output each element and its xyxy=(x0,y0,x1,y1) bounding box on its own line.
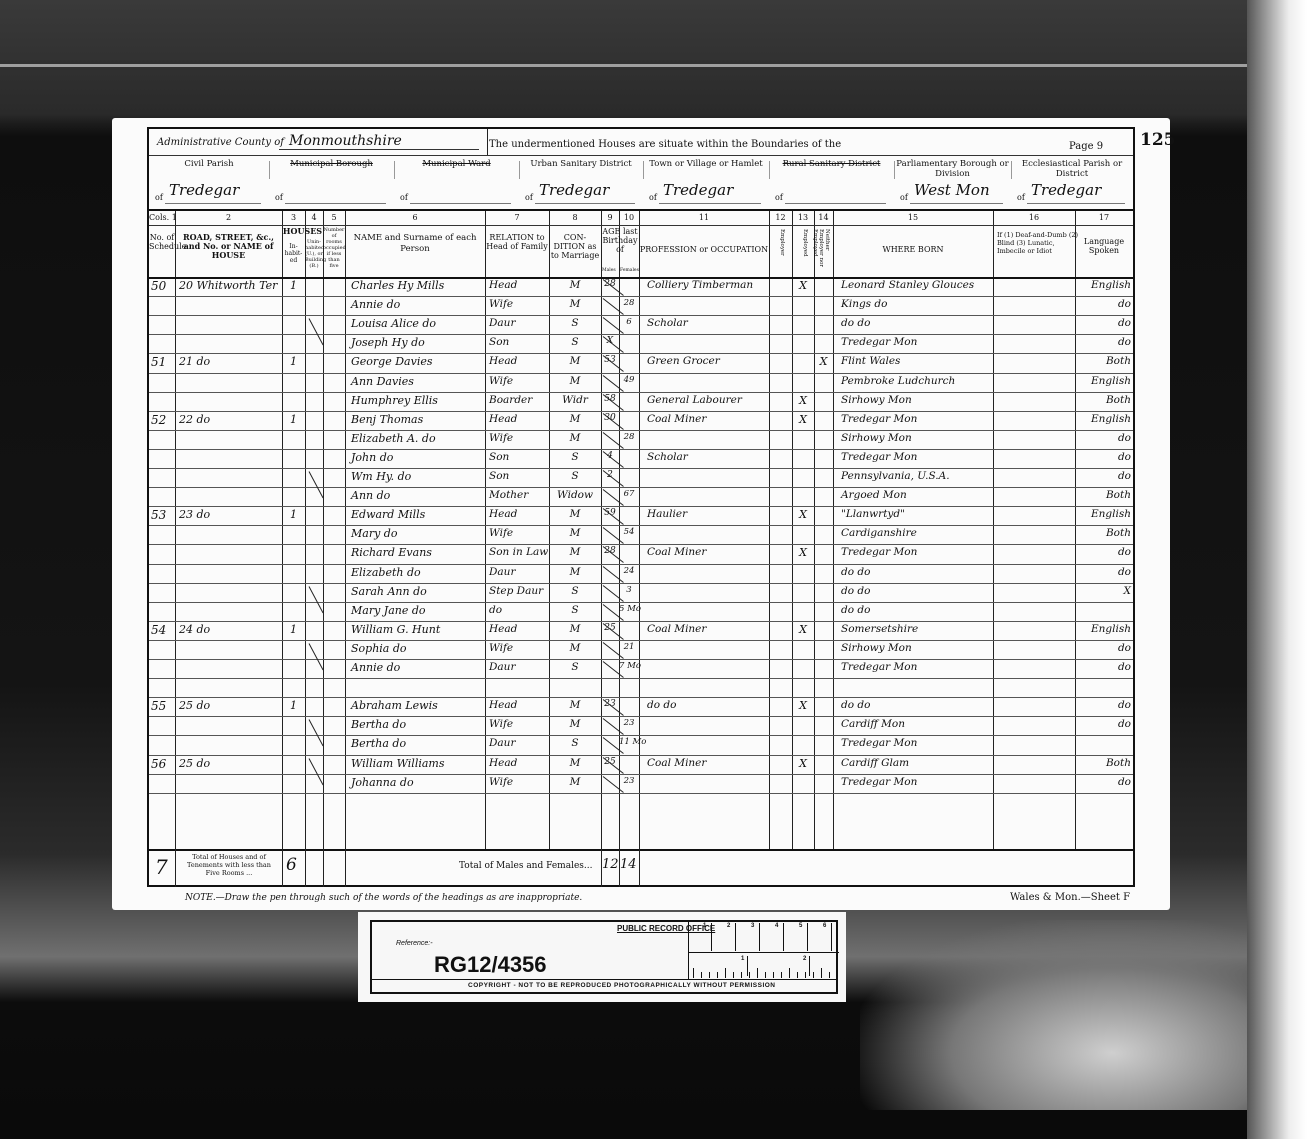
cell-language: do xyxy=(1075,432,1131,444)
cell-name: Charles Hy Mills xyxy=(351,279,485,292)
scan-glare xyxy=(860,920,1280,1110)
scale-cm-mark: 5 xyxy=(799,923,808,951)
cell-name: Richard Evans xyxy=(351,546,485,559)
cell-occupation: Colliery Timberman xyxy=(647,279,769,291)
cell-language: do xyxy=(1075,776,1131,788)
cell-name: Humphrey Ellis xyxy=(351,394,485,407)
column-number-0: Cols. 1 xyxy=(149,213,175,222)
cell-where-born: Sirhowy Mon xyxy=(841,642,993,654)
admin-underline xyxy=(279,149,479,150)
column-rule-11 xyxy=(792,211,793,849)
header-infirmity: If (1) Deaf-and-Dumb (2) Blind (3) Lunat… xyxy=(993,231,1079,255)
cell-condition: M xyxy=(549,699,601,711)
district-sep-3 xyxy=(519,161,520,179)
column-rule-0 xyxy=(175,211,176,849)
header-inhabited: In-habit-ed xyxy=(282,243,305,264)
header-neither: Neither Employer nor Employed xyxy=(812,229,830,273)
cell-relation: Head xyxy=(489,508,549,520)
cell-where-born: Leonard Stanley Glouces xyxy=(841,279,993,291)
district-label-5: Rural Sanitary District xyxy=(769,159,894,169)
cell-condition: S xyxy=(549,470,601,482)
row-rule xyxy=(149,755,1133,756)
cell-language: English xyxy=(1075,279,1131,291)
scale-tick xyxy=(821,968,822,978)
cell-language: English xyxy=(1075,413,1131,425)
cell-name: Elizabeth A. do xyxy=(351,432,485,445)
reference-code: RG12/4356 xyxy=(434,952,547,978)
cell-female-age: 24 xyxy=(619,566,639,576)
column-number-2: 3 xyxy=(282,213,305,222)
totals-column-rule-3 xyxy=(323,849,324,887)
reference-label: Reference:- xyxy=(396,940,433,947)
cell-condition: M xyxy=(549,508,601,520)
cell-relation: Wife xyxy=(489,527,549,539)
scale-tick xyxy=(757,968,758,978)
cell-relation: Daur xyxy=(489,737,549,749)
cell-name: Johanna do xyxy=(351,776,485,789)
cell-relation: Step Daur xyxy=(489,585,549,597)
cell-condition: M xyxy=(549,279,601,291)
copyright-notice: COPYRIGHT - NOT TO BE REPRODUCED PHOTOGR… xyxy=(468,982,776,989)
row-rule xyxy=(149,430,1133,431)
cell-condition: M xyxy=(549,623,601,635)
header-name: NAME and Surname of each Person xyxy=(345,233,485,255)
cell-condition: M xyxy=(549,432,601,444)
cell-schedule: 54 xyxy=(151,623,175,637)
cell-employed: X xyxy=(792,546,814,559)
district-sep-4 xyxy=(643,161,644,179)
cell-relation: Son in Law xyxy=(489,546,549,558)
column-number-7: 8 xyxy=(549,213,601,222)
totals-column-rule-7 xyxy=(639,849,640,887)
district-label-1: Municipal Borough xyxy=(269,159,394,169)
row-rule xyxy=(149,373,1133,374)
district-label-6: Parliamentary Borough or Division xyxy=(894,159,1011,179)
cell-name: George Davies xyxy=(351,355,485,368)
header-employed: Employed xyxy=(802,229,808,273)
column-rule-5 xyxy=(485,211,486,849)
footer-note: NOTE.—Draw the pen through such of the w… xyxy=(185,893,582,903)
cell-name: Mary Jane do xyxy=(351,604,485,617)
scan-edge xyxy=(1247,0,1307,1139)
cell-female-age: 28 xyxy=(619,432,639,442)
scale-tick xyxy=(765,972,766,978)
column-number-15: 16 xyxy=(993,213,1075,222)
cell-language: English xyxy=(1075,375,1131,387)
of-label-5: of xyxy=(775,193,783,202)
column-rule-1 xyxy=(282,211,283,849)
of-label-7: of xyxy=(1017,193,1025,202)
cell-where-born: Flint Wales xyxy=(841,355,993,367)
scale-cm-mark: 4 xyxy=(775,923,784,951)
column-rule-3 xyxy=(323,211,324,849)
cell-occupation: Scholar xyxy=(647,317,769,329)
scan-streak xyxy=(0,64,1307,67)
scale-tick xyxy=(693,968,694,978)
cell-relation: Son xyxy=(489,470,549,482)
cell-condition: M xyxy=(549,718,601,730)
sheet-label: Wales & Mon.—Sheet F xyxy=(1010,892,1130,903)
cell-employed: X xyxy=(792,413,814,426)
row-rule xyxy=(149,564,1133,565)
column-number-5: 6 xyxy=(345,213,485,222)
cell-name: Elizabeth do xyxy=(351,566,485,579)
row-rule xyxy=(149,793,1133,794)
cell-condition: M xyxy=(549,527,601,539)
cell-language: do xyxy=(1075,642,1131,654)
cell-female-age: 6 xyxy=(619,317,639,327)
column-rule-9 xyxy=(639,211,640,849)
cell-relation: Head xyxy=(489,623,549,635)
cell-condition: M xyxy=(549,355,601,367)
cell-relation: Head xyxy=(489,699,549,711)
cell-occupation: Coal Miner xyxy=(647,757,769,769)
cell-relation: Daur xyxy=(489,317,549,329)
column-rule-10 xyxy=(769,211,770,849)
cell-name: Edward Mills xyxy=(351,508,485,521)
cell-language: do xyxy=(1075,470,1131,482)
cell-female-age: 11 Mo xyxy=(619,737,639,747)
cell-language: do xyxy=(1075,699,1131,711)
cell-occupation: General Labourer xyxy=(647,394,769,406)
column-number-9: 10 xyxy=(619,213,639,222)
scale-cm-mark: 6 xyxy=(823,923,832,951)
row-rule xyxy=(149,411,1133,412)
totals-column-rule-6 xyxy=(619,849,620,887)
cell-where-born: Tredegar Mon xyxy=(841,451,993,463)
cell-inhabited: 1 xyxy=(282,699,305,712)
cell-name: Ann Davies xyxy=(351,375,485,388)
header-language: Language Spoken xyxy=(1075,237,1133,255)
measure-scale: 12345612 xyxy=(688,922,839,979)
row-rule xyxy=(149,735,1133,736)
cell-where-born: Kings do xyxy=(841,298,993,310)
cell-language: do xyxy=(1075,336,1131,348)
row-rule xyxy=(149,468,1133,469)
column-number-10: 11 xyxy=(639,213,769,222)
cell-relation: Wife xyxy=(489,432,549,444)
cell-condition: S xyxy=(549,661,601,673)
cell-condition: M xyxy=(549,546,601,558)
cell-condition: S xyxy=(549,336,601,348)
cell-condition: M xyxy=(549,642,601,654)
cell-name: Wm Hy. do xyxy=(351,470,485,483)
scale-tick xyxy=(741,972,742,978)
cell-relation: Mother xyxy=(489,489,549,501)
cell-female-age: 23 xyxy=(619,776,639,786)
header-rule-2 xyxy=(149,209,1133,211)
totals-column-rule-1 xyxy=(282,849,283,887)
row-rule xyxy=(149,506,1133,507)
cell-name: Annie do xyxy=(351,298,485,311)
cell-occupation: Coal Miner xyxy=(647,413,769,425)
cell-occupation: do do xyxy=(647,699,769,711)
column-number-6: 7 xyxy=(485,213,549,222)
cell-address: 21 do xyxy=(179,355,283,368)
scale-divider xyxy=(689,952,839,953)
cell-language: Both xyxy=(1075,394,1131,406)
row-rule xyxy=(149,640,1133,641)
cell-language: Both xyxy=(1075,489,1131,501)
header-schedule: No. of Schedule xyxy=(149,233,175,251)
page-label: Page 9 xyxy=(1069,141,1103,152)
district-value-0: Tredegar xyxy=(169,181,239,199)
header-rule-1 xyxy=(149,155,1133,156)
cell-where-born: Cardiff Glam xyxy=(841,757,993,769)
scale-tick xyxy=(781,972,782,978)
cell-relation: Head xyxy=(489,757,549,769)
cell-occupation: Green Grocer xyxy=(647,355,769,367)
cell-language: do xyxy=(1075,718,1131,730)
scale-tick xyxy=(709,972,710,978)
scale-tick xyxy=(797,972,798,978)
cell-condition: S xyxy=(549,317,601,329)
cell-female-age: 21 xyxy=(619,642,639,652)
scale-tick xyxy=(701,972,702,978)
cell-where-born: do do xyxy=(841,317,993,329)
district-sep-1 xyxy=(269,161,270,179)
cell-employed: X xyxy=(792,508,814,521)
cell-where-born: Tredegar Mon xyxy=(841,776,993,788)
district-underline-0 xyxy=(165,203,261,204)
column-number-11: 12 xyxy=(769,213,792,222)
column-number-8: 9 xyxy=(601,213,619,222)
column-rule-2 xyxy=(305,211,306,849)
cell-where-born: Pennsylvania, U.S.A. xyxy=(841,470,993,482)
cell-relation: Son xyxy=(489,451,549,463)
cell-where-born: Sirhowy Mon xyxy=(841,394,993,406)
cell-name: Bertha do xyxy=(351,737,485,750)
district-underline-4 xyxy=(659,203,761,204)
household-separator-stroke xyxy=(309,643,324,670)
header-relation: RELATION to Head of Family xyxy=(485,233,549,251)
cell-where-born: "Llanwrtyd" xyxy=(841,508,993,520)
scale-tick xyxy=(733,972,734,978)
cell-name: Annie do xyxy=(351,661,485,674)
row-rule xyxy=(149,583,1133,584)
cell-female-age: 7 Mo xyxy=(619,661,639,671)
header-houses: HOUSES xyxy=(282,227,323,236)
cell-condition: M xyxy=(549,375,601,387)
cell-where-born: Argoed Mon xyxy=(841,489,993,501)
household-separator-stroke xyxy=(309,586,324,613)
cell-address: 24 do xyxy=(179,623,283,636)
header-employer: Employer xyxy=(779,229,785,273)
cell-female-age: 23 xyxy=(619,718,639,728)
cell-name: Ann do xyxy=(351,489,485,502)
cell-relation: Head xyxy=(489,355,549,367)
cell-where-born: Sirhowy Mon xyxy=(841,432,993,444)
district-value-7: Tredegar xyxy=(1031,181,1101,199)
totals-column-rule-0 xyxy=(175,849,176,887)
cell-occupation: Coal Miner xyxy=(647,623,769,635)
cell-condition: S xyxy=(549,604,601,616)
scale-tick xyxy=(813,972,814,978)
cell-language: English xyxy=(1075,508,1131,520)
row-rule xyxy=(149,774,1133,775)
cell-where-born: Cardiganshire xyxy=(841,527,993,539)
cell-employed: X xyxy=(792,279,814,292)
district-label-4: Town or Village or Hamlet xyxy=(643,159,769,169)
cell-language: do xyxy=(1075,566,1131,578)
cell-relation: Wife xyxy=(489,642,549,654)
cell-schedule: 51 xyxy=(151,355,175,369)
cell-inhabited: 1 xyxy=(282,355,305,368)
header-rooms: Number of rooms occupied if less than fi… xyxy=(323,227,345,269)
cell-schedule: 52 xyxy=(151,413,175,427)
cell-employed: X xyxy=(792,623,814,636)
cell-language: X xyxy=(1075,585,1131,597)
column-rule-14 xyxy=(993,211,994,849)
cell-relation: Head xyxy=(489,413,549,425)
scale-tick xyxy=(789,968,790,978)
cell-where-born: Tredegar Mon xyxy=(841,413,993,425)
cell-language: do xyxy=(1075,451,1131,463)
cell-condition: S xyxy=(549,451,601,463)
cell-language: do xyxy=(1075,546,1131,558)
district-label-0: Civil Parish xyxy=(149,159,269,169)
cell-name: Benj Thomas xyxy=(351,413,485,426)
totals-rule xyxy=(149,849,1133,851)
household-separator-stroke xyxy=(309,720,324,747)
cell-inhabited: 1 xyxy=(282,508,305,521)
row-rule xyxy=(149,602,1133,603)
intro-text: The undermentioned Houses are situate wi… xyxy=(489,139,841,150)
row-rule xyxy=(149,621,1133,622)
column-rule-13 xyxy=(833,211,834,849)
of-label-4: of xyxy=(649,193,657,202)
cell-occupation: Haulier xyxy=(647,508,769,520)
cell-name: Sophia do xyxy=(351,642,485,655)
district-underline-3 xyxy=(535,203,635,204)
cell-female-age: 49 xyxy=(619,375,639,385)
cell-relation: Son xyxy=(489,336,549,348)
cell-employed: X xyxy=(792,757,814,770)
scale-inch-mark: 1 xyxy=(741,956,748,976)
household-separator-stroke xyxy=(309,471,324,498)
row-rule xyxy=(149,334,1133,335)
cell-address: 25 do xyxy=(179,757,283,770)
district-underline-2 xyxy=(410,203,511,204)
cell-language: do xyxy=(1075,298,1131,310)
district-sep-2 xyxy=(394,161,395,179)
cell-name: Louisa Alice do xyxy=(351,317,485,330)
cell-employed: X xyxy=(792,699,814,712)
cell-condition: M xyxy=(549,776,601,788)
cell-language: English xyxy=(1075,623,1131,635)
cell-where-born: do do xyxy=(841,604,993,616)
cell-name: Abraham Lewis xyxy=(351,699,485,712)
cell-schedule: 50 xyxy=(151,279,175,293)
cell-condition: M xyxy=(549,413,601,425)
cell-where-born: Tredegar Mon xyxy=(841,336,993,348)
column-number-13: 14 xyxy=(814,213,833,222)
district-label-3: Urban Sanitary District xyxy=(519,159,643,169)
column-rule-7 xyxy=(601,211,602,849)
row-rule xyxy=(149,697,1133,698)
cell-address: 25 do xyxy=(179,699,283,712)
scale-tick xyxy=(829,972,830,978)
scale-tick xyxy=(773,972,774,978)
cell-condition: M xyxy=(549,757,601,769)
totals-column-rule-5 xyxy=(601,849,602,887)
cell-where-born: do do xyxy=(841,566,993,578)
row-rule xyxy=(149,353,1133,354)
cell-occupation: Scholar xyxy=(647,451,769,463)
row-rule xyxy=(149,487,1133,488)
of-label-2: of xyxy=(400,193,408,202)
cell-relation: do xyxy=(489,604,549,616)
cell-condition: S xyxy=(549,737,601,749)
column-number-14: 15 xyxy=(833,213,993,222)
cell-where-born: Cardiff Mon xyxy=(841,718,993,730)
column-rule-4 xyxy=(345,211,346,849)
admin-county-label: Administrative County of xyxy=(157,137,284,148)
cell-female-age: 54 xyxy=(619,527,639,537)
row-rule xyxy=(149,716,1133,717)
cell-neither: X xyxy=(814,355,833,368)
totals-column-rule-2 xyxy=(305,849,306,887)
district-underline-6 xyxy=(910,203,1003,204)
row-rule xyxy=(149,678,1133,679)
column-number-1: 2 xyxy=(175,213,282,222)
cell-schedule: 56 xyxy=(151,757,175,771)
cell-where-born: Tredegar Mon xyxy=(841,661,993,673)
scale-cm-mark: 1 xyxy=(703,923,712,951)
of-label-1: of xyxy=(275,193,283,202)
cell-inhabited: 1 xyxy=(282,413,305,426)
cell-condition: M xyxy=(549,298,601,310)
district-underline-5 xyxy=(785,203,886,204)
total-males: 12 xyxy=(602,857,619,872)
row-rule xyxy=(149,296,1133,297)
cell-occupation: Coal Miner xyxy=(647,546,769,558)
cell-relation: Head xyxy=(489,279,549,291)
column-number-3: 4 xyxy=(305,213,323,222)
total-houses: 6 xyxy=(286,855,297,875)
header-where-born: WHERE BORN xyxy=(833,245,993,254)
cell-language: do xyxy=(1075,317,1131,329)
cell-where-born: do do xyxy=(841,699,993,711)
cell-name: Bertha do xyxy=(351,718,485,731)
cell-condition: Widr xyxy=(549,394,601,406)
cell-name: William Williams xyxy=(351,757,485,770)
row-rule xyxy=(149,525,1133,526)
district-label-7: Ecclesiastical Parish or District xyxy=(1011,159,1133,179)
cell-inhabited: 1 xyxy=(282,623,305,636)
header-occupation: PROFESSION or OCCUPATION xyxy=(639,245,769,254)
district-underline-1 xyxy=(285,203,386,204)
district-sep-6 xyxy=(894,161,895,179)
cell-female-age: 67 xyxy=(619,489,639,499)
cell-where-born: Tredegar Mon xyxy=(841,546,993,558)
cell-condition: Widow xyxy=(549,489,601,501)
cell-name: Mary do xyxy=(351,527,485,540)
district-value-6: West Mon xyxy=(914,181,990,199)
scale-tick xyxy=(725,968,726,978)
header-uninhabited: Unin-habited (U.), or Building (B.) xyxy=(305,239,323,269)
total-persons-label: Total of Males and Females... xyxy=(459,861,593,871)
total-houses-label: Total of Houses and of Tenements with le… xyxy=(179,853,279,877)
cell-address: 20 Whitworth Ter xyxy=(179,279,283,292)
row-rule xyxy=(149,449,1133,450)
cell-name: Joseph Hy do xyxy=(351,336,485,349)
cell-schedule: 53 xyxy=(151,508,175,522)
admin-box-edge xyxy=(487,129,488,155)
row-rule xyxy=(149,544,1133,545)
household-separator-stroke xyxy=(309,319,324,346)
cell-inhabited: 1 xyxy=(282,279,305,292)
